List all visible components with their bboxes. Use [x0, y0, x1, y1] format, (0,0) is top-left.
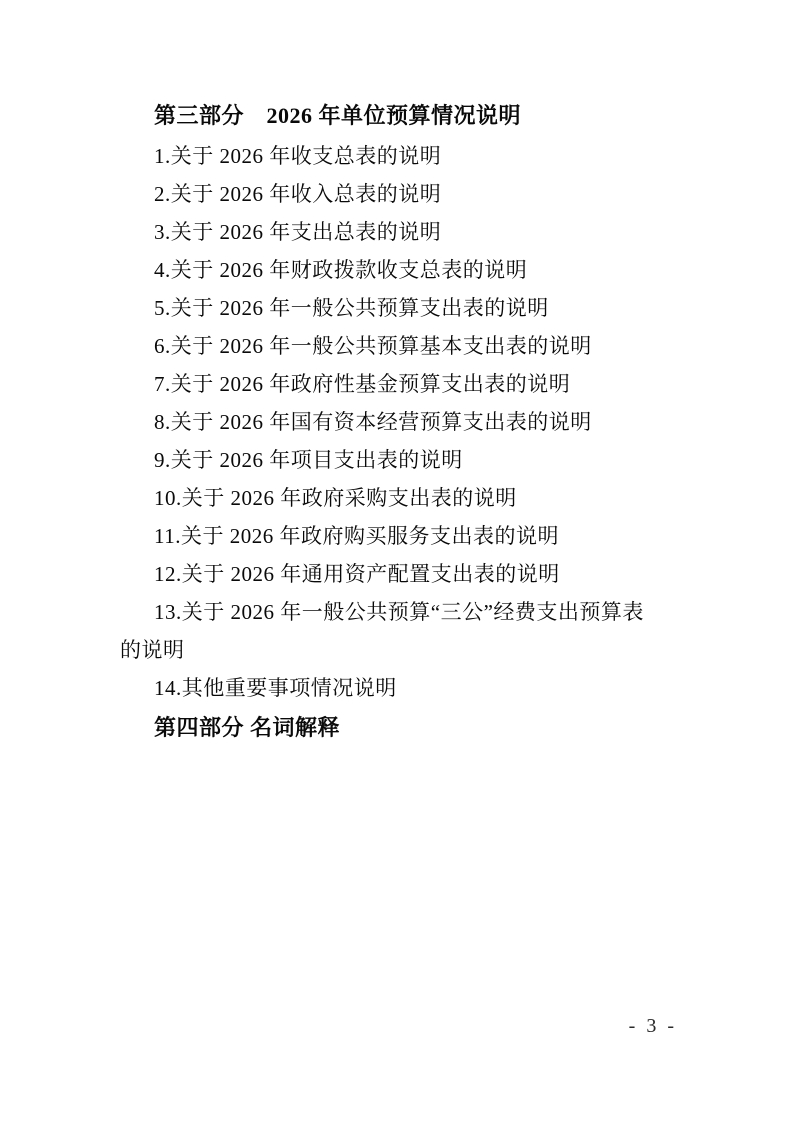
toc-item: 13.关于 2026 年一般公共预算“三公”经费支出预算表 [120, 593, 676, 631]
toc-item: 10.关于 2026 年政府采购支出表的说明 [120, 479, 676, 517]
toc-item: 8.关于 2026 年国有资本经营预算支出表的说明 [120, 403, 676, 441]
toc-item-continuation: 的说明 [120, 631, 676, 669]
toc-item: 12.关于 2026 年通用资产配置支出表的说明 [120, 555, 676, 593]
section-heading-part3: 第三部分 2026 年单位预算情况说明 [120, 95, 676, 137]
toc-item: 3.关于 2026 年支出总表的说明 [120, 213, 676, 251]
table-of-contents: 第三部分 2026 年单位预算情况说明 1.关于 2026 年收支总表的说明 2… [120, 95, 676, 749]
section-heading-part4: 第四部分 名词解释 [120, 707, 676, 749]
toc-item: 6.关于 2026 年一般公共预算基本支出表的说明 [120, 327, 676, 365]
document-page: 第三部分 2026 年单位预算情况说明 1.关于 2026 年收支总表的说明 2… [0, 0, 793, 1122]
page-number: - 3 - [629, 1012, 677, 1040]
toc-item: 9.关于 2026 年项目支出表的说明 [120, 441, 676, 479]
toc-item: 1.关于 2026 年收支总表的说明 [120, 137, 676, 175]
toc-item: 11.关于 2026 年政府购买服务支出表的说明 [120, 517, 676, 555]
toc-item: 4.关于 2026 年财政拨款收支总表的说明 [120, 251, 676, 289]
toc-item: 7.关于 2026 年政府性基金预算支出表的说明 [120, 365, 676, 403]
toc-item: 5.关于 2026 年一般公共预算支出表的说明 [120, 289, 676, 327]
toc-item: 2.关于 2026 年收入总表的说明 [120, 175, 676, 213]
toc-item: 14.其他重要事项情况说明 [120, 669, 676, 707]
